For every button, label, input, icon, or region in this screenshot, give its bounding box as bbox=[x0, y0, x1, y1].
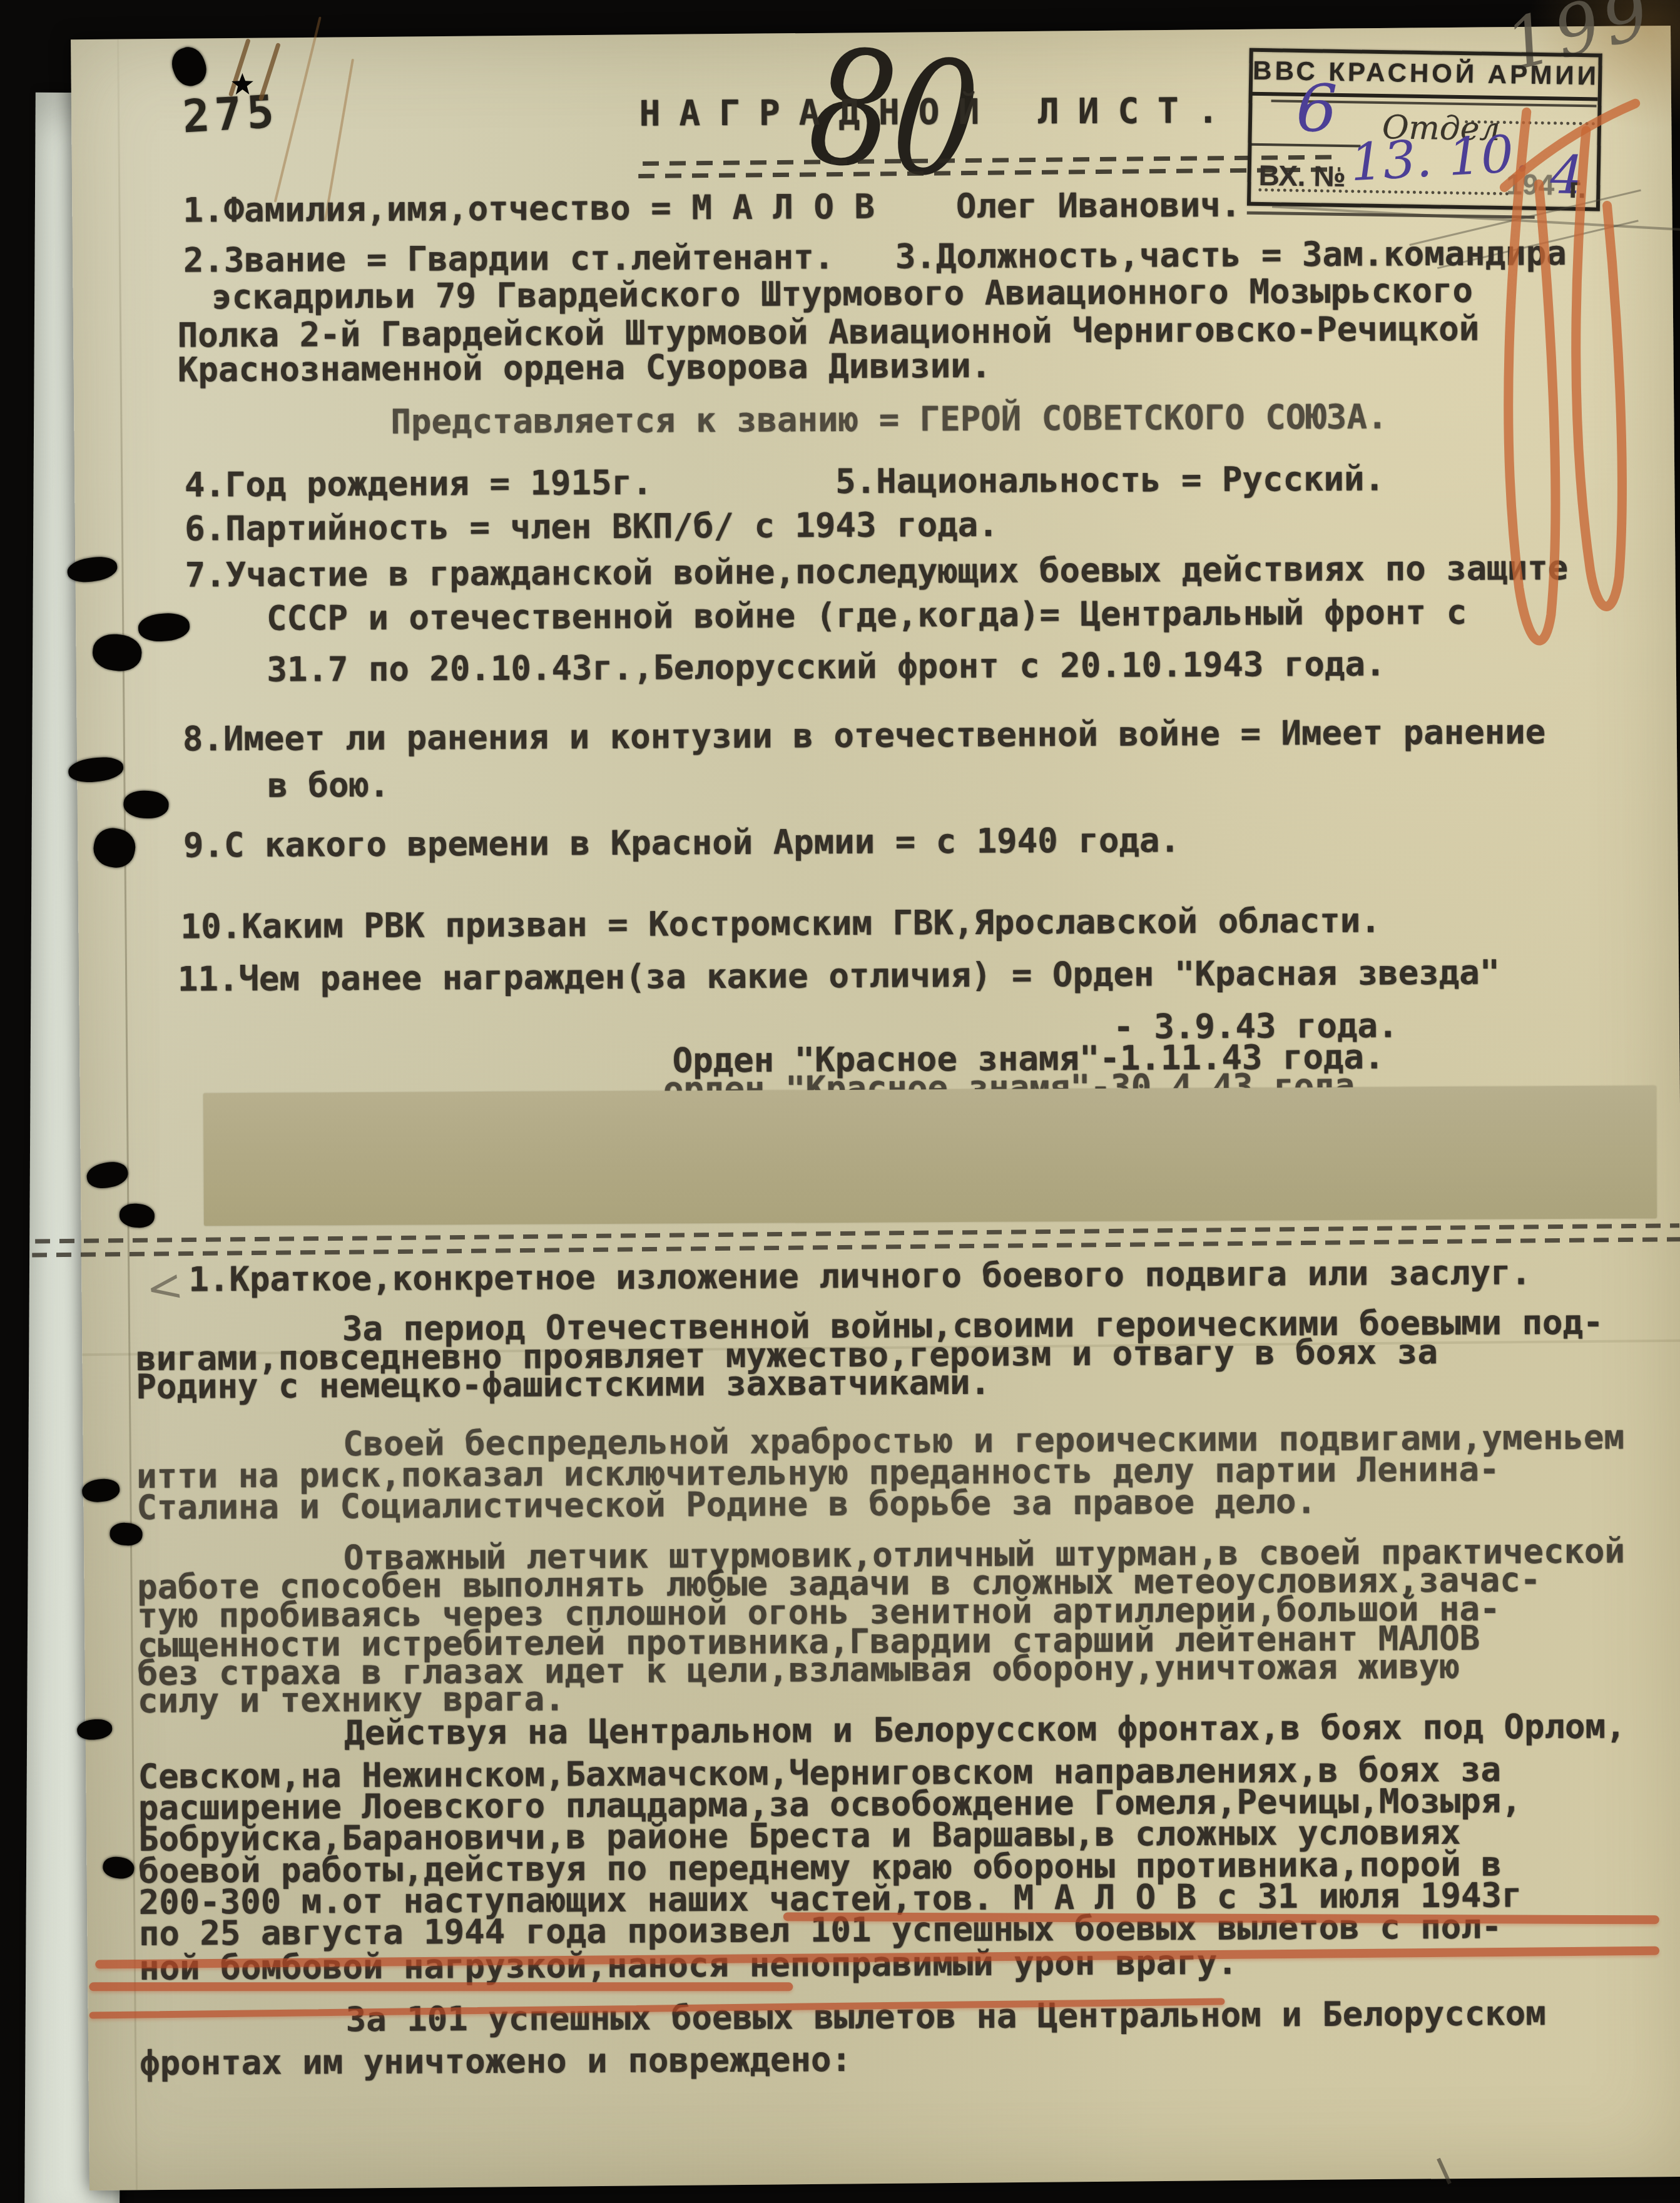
scanned-photo: { "document_type": "Наградной лист (awar… bbox=[0, 0, 1680, 2203]
orange-crayon-scribble bbox=[0, 0, 1680, 2203]
pencil-tick bbox=[1438, 2159, 1450, 2184]
document-content: 199 80 275 НАГРАДНОЙ ЛИСТ. ВВС КРАСНОЙ А… bbox=[0, 0, 1680, 2203]
